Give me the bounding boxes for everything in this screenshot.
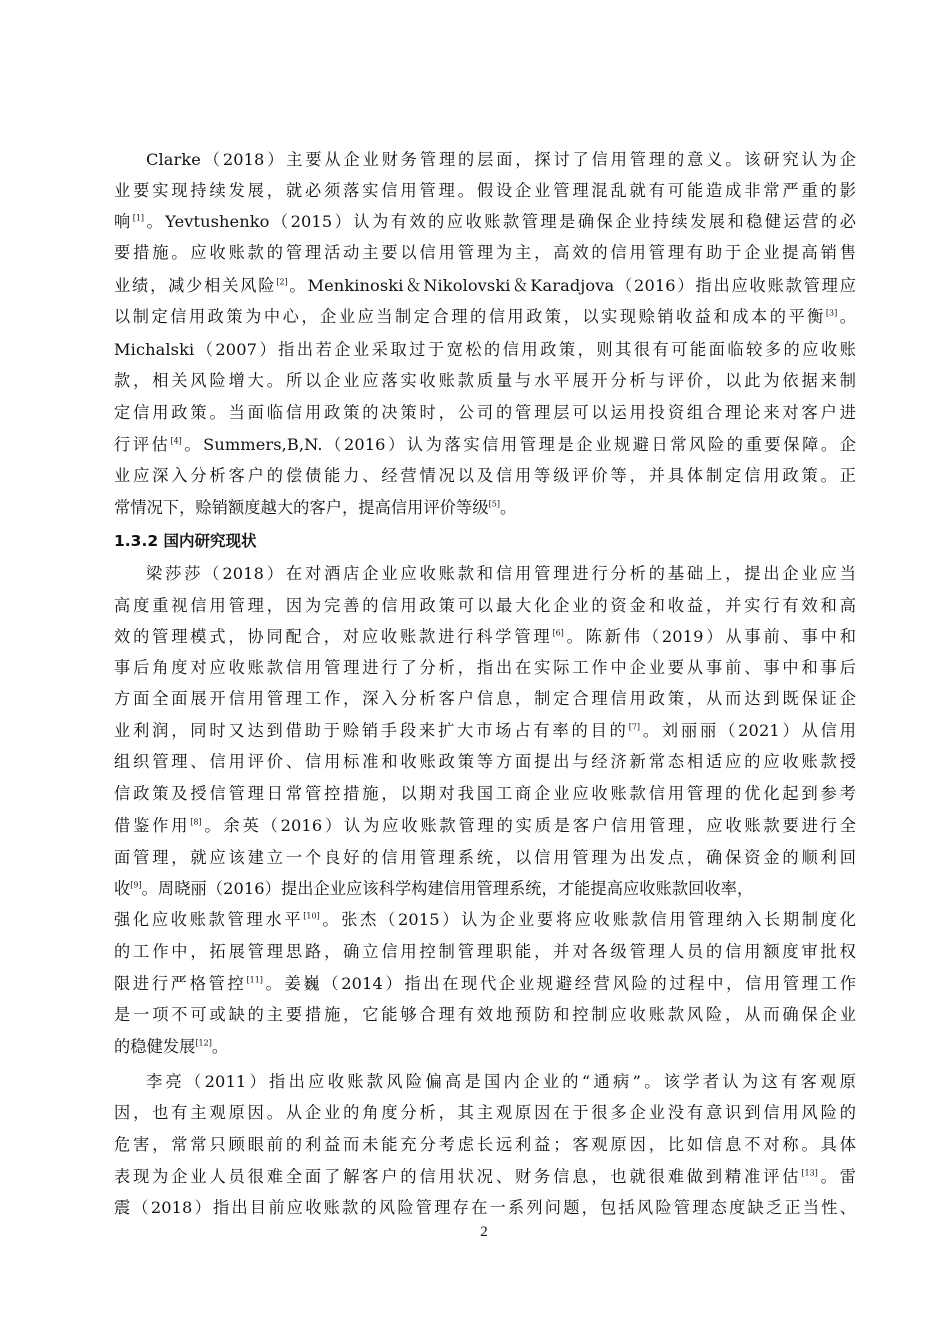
paragraph-2-line: 的工作中，拓展管理思路，确立信用控制管理职能，并对各级管理人员的信用额度审批权	[114, 937, 856, 967]
paragraph-1-line: 业要实现持续发展，就必须落实信用管理。假设企业管理混乱就有可能造成非常严重的影	[114, 176, 856, 206]
paragraph-2-line: 是一项不可或缺的主要措施，它能够合理有效地预防和控制应收账款风险，从而确保企业	[114, 1000, 856, 1030]
paragraph-2-line: 组织管理、信用评价、信用标准和收账政策等方面提出与经济新常态相适应的应收账款授	[114, 747, 856, 777]
paragraph-2-line: 强化应收账款管理水平[10]。张杰（2015）认为企业要将应收账款信用管理纳入长…	[114, 905, 856, 935]
citation-marker: [11]	[246, 976, 262, 985]
section-heading: 1.3.2 国内研究现状	[114, 526, 257, 556]
document-page: Clarke（2018）主要从企业财务管理的层面，探讨了信用管理的意义。该研究认…	[0, 0, 950, 1344]
citation-marker: [2]	[276, 278, 287, 287]
paragraph-2-line: 信政策及授信管理日常管控措施，以期对我国工商企业应收账款信用管理的优化起到参考	[114, 779, 856, 809]
citation-marker: [6]	[552, 629, 563, 638]
paragraph-3-line: 震（2018）指出目前应收账款的风险管理存在一系列问题，包括风险管理态度缺乏正当…	[114, 1193, 856, 1223]
paragraph-1-line: 行评估[4]。Summers,B,N.（2016）认为落实信用管理是企业规避日常…	[114, 430, 856, 460]
paragraph-1-line: 业应深入分析客户的偿债能力、经营情况以及信用等级评价等，并具体制定信用政策。正	[114, 461, 856, 491]
paragraph-2-line: 的稳健发展[12]。	[114, 1032, 856, 1062]
paragraph-2-line: 效的管理模式，协同配合，对应收账款进行科学管理[6]。陈新伟（2019）从事前、…	[114, 622, 856, 652]
page-number: 2	[0, 1224, 950, 1241]
citation-marker: [13]	[801, 1169, 817, 1178]
paragraph-1-line: 定信用政策。当面临信用政策的决策时，公司的管理层可以运用投资组合理论来对客户进	[114, 398, 856, 428]
paragraph-2-line: 梁莎莎（2018）在对酒店企业应收账款和信用管理进行分析的基础上，提出企业应当	[146, 559, 856, 589]
paragraph-3-line: 危害，常常只顾眼前的利益而未能充分考虑长远利益；客观原因，比如信息不对称。具体	[114, 1130, 856, 1160]
paragraph-2-line: 限进行严格管控[11]。姜巍（2014）指出在现代企业规避经营风险的过程中，信用…	[114, 969, 856, 999]
paragraph-2-line: 收[9]。周晓丽（2016）提出企业应该科学构建信用管理系统，才能提高应收账款回…	[114, 874, 856, 904]
paragraph-2-line: 业利润，同时又达到借助于赊销手段来扩大市场占有率的目的[7]。刘丽丽（2021）…	[114, 716, 856, 746]
paragraph-3-line: 表现为企业人员很难全面了解客户的信用状况、财务信息，也就很难做到精准评估[13]…	[114, 1162, 856, 1192]
paragraph-1-line: 要措施。应收账款的管理活动主要以信用管理为主，高效的信用管理有助于企业提高销售	[114, 238, 856, 268]
citation-marker: [3]	[826, 309, 837, 318]
citation-marker: [1]	[133, 214, 144, 223]
paragraph-1-line: Michalski（2007）指出若企业采取过于宽松的信用政策，则其很有可能面临…	[114, 335, 856, 365]
paragraph-2-line: 事后角度对应收账款信用管理进行了分析，指出在实际工作中企业要从事前、事中和事后	[114, 653, 856, 683]
paragraph-2-line: 借鉴作用[8]。余英（2016）认为应收账款管理的实质是客户信用管理，应收账款要…	[114, 811, 856, 841]
paragraph-3-line: 因，也有主观原因。从企业的角度分析，其主观原因在于很多企业没有意识到信用风险的	[114, 1098, 856, 1128]
paragraph-1-line: Clarke（2018）主要从企业财务管理的层面，探讨了信用管理的意义。该研究认…	[146, 145, 856, 175]
citation-marker: [12]	[195, 1039, 211, 1048]
paragraph-1-line: 常情况下，赊销额度越大的客户，提高信用评价等级[5]。	[114, 493, 856, 523]
citation-marker: [4]	[170, 437, 181, 446]
citation-marker: [5]	[489, 500, 500, 509]
paragraph-1-line: 以制定信用政策为中心，企业应当制定合理的信用政策，以实现赊销收益和成本的平衡[3…	[114, 302, 856, 332]
citation-marker: [10]	[303, 912, 319, 921]
paragraph-2-line: 方面全面展开信用管理工作，深入分析客户信息，制定合理信用政策，从而达到既保证企	[114, 684, 856, 714]
paragraph-1-line: 响[1]。Yevtushenko（2015）认为有效的应收账款管理是确保企业持续…	[114, 207, 856, 237]
paragraph-1-line: 业绩，减少相关风险[2]。Menkinoski＆Nikolovski＆Karad…	[114, 271, 856, 301]
citation-marker: [7]	[629, 723, 640, 732]
paragraph-2-line: 高度重视信用管理，因为完善的信用政策可以最大化企业的资金和收益，并实行有效和高	[114, 591, 856, 621]
citation-marker: [9]	[130, 881, 141, 890]
citation-marker: [8]	[190, 818, 201, 827]
paragraph-3-line: 李亮（2011）指出应收账款风险偏高是国内企业的“通病”。该学者认为这有客观原	[146, 1067, 856, 1097]
paragraph-2-line: 面管理，就应该建立一个良好的信用管理系统，以信用管理为出发点，确保资金的顺利回	[114, 843, 856, 873]
paragraph-1-line: 款，相关风险增大。所以企业应落实收账款质量与水平展开分析与评价，以此为依据来制	[114, 366, 856, 396]
